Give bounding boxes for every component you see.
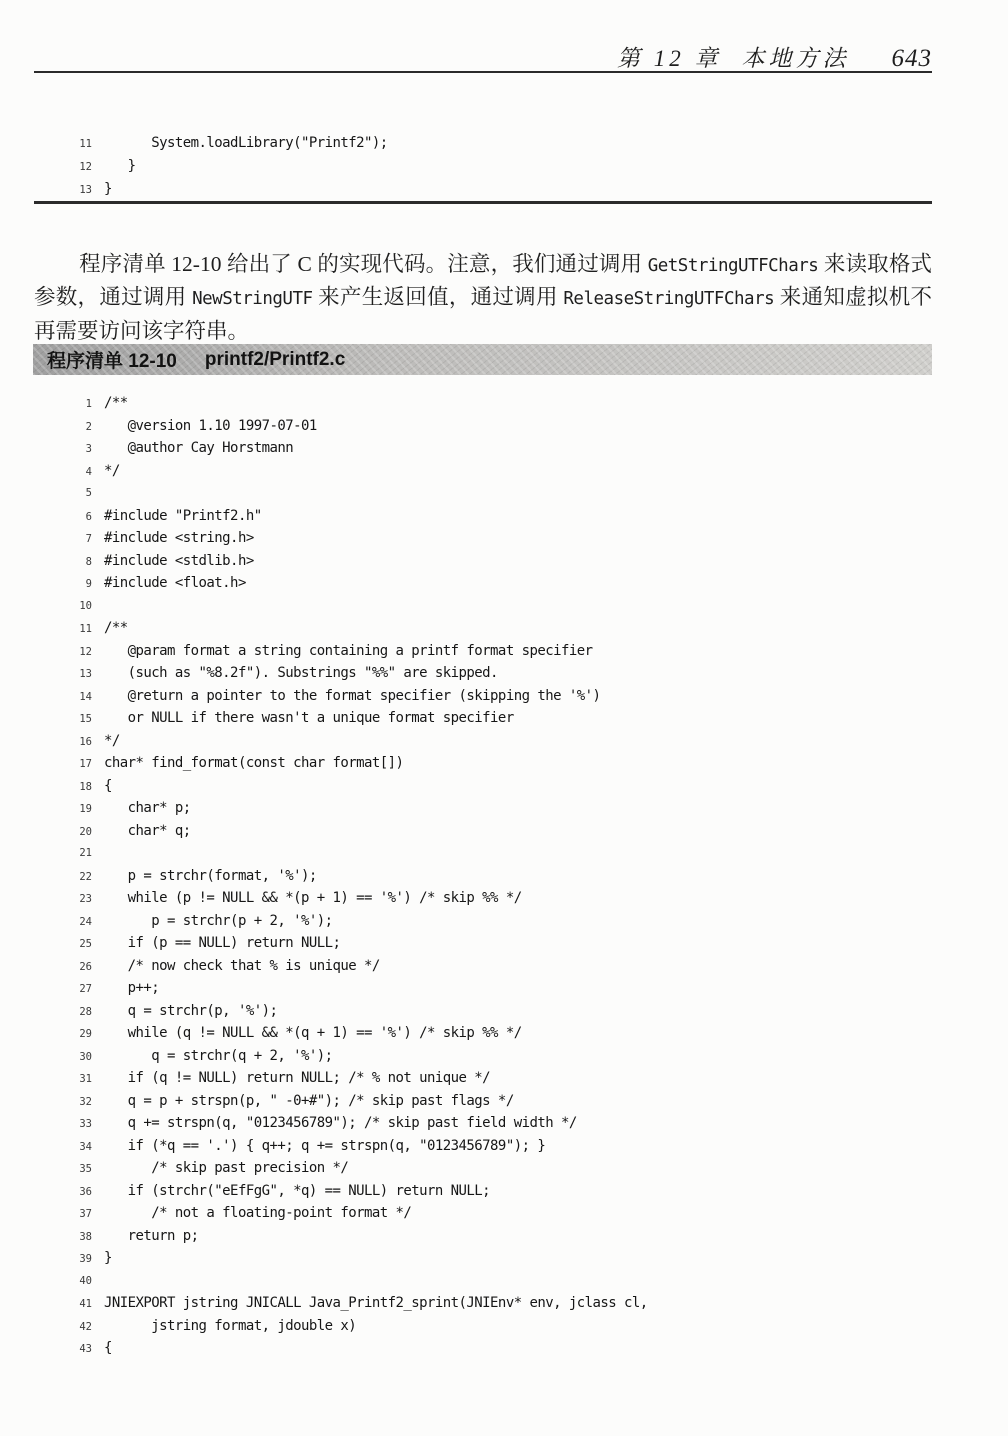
code-text: /* now check that % is unique */ — [104, 955, 380, 978]
code-line: 39} — [64, 1247, 648, 1270]
code-line: 36 if (strchr("eEfFgG", *q) == NULL) ret… — [64, 1180, 648, 1203]
code-text: if (q != NULL) return NULL; /* % not uni… — [104, 1067, 490, 1090]
code-text: p++; — [104, 977, 159, 1000]
code-line: 14 @return a pointer to the format speci… — [64, 685, 648, 708]
chapter-number: 第 12 章 — [617, 46, 722, 71]
book-page: 第 12 章本地方法643 11 System.loadLibrary("Pri… — [0, 0, 1008, 1436]
code-text: q = strchr(q + 2, '%'); — [104, 1045, 332, 1068]
line-number: 15 — [64, 708, 92, 731]
code-text: /* skip past precision */ — [104, 1157, 348, 1180]
code-line: 7#include <string.h> — [64, 527, 648, 550]
line-number: 5 — [64, 482, 92, 505]
line-number: 25 — [64, 933, 92, 956]
code-line: 13 (such as "%8.2f"). Substrings "%%" ar… — [64, 662, 648, 685]
code-line: 40 — [64, 1270, 648, 1293]
code-line: 28 q = strchr(p, '%'); — [64, 1000, 648, 1023]
code-text: { — [104, 775, 112, 798]
code-text: @return a pointer to the format specifie… — [104, 685, 600, 708]
code-text: */ — [104, 730, 120, 753]
code-text: while (q != NULL && *(q + 1) == '%') /* … — [104, 1022, 522, 1045]
code-text: q = strchr(p, '%'); — [104, 1000, 277, 1023]
code-text: } — [104, 1247, 112, 1270]
code-line: 26 /* now check that % is unique */ — [64, 955, 648, 978]
code-text: @author Cay Horstmann — [104, 437, 293, 460]
code-line: 43{ — [64, 1337, 648, 1360]
line-number: 38 — [64, 1226, 92, 1249]
line-number: 24 — [64, 911, 92, 934]
line-number: 14 — [64, 686, 92, 709]
code-text: #include <float.h> — [104, 572, 246, 595]
header-rule — [34, 71, 932, 73]
line-number: 37 — [64, 1203, 92, 1226]
code-text: or NULL if there wasn't a unique format … — [104, 707, 514, 730]
code-line: 13} — [64, 178, 388, 201]
line-number: 13 — [64, 663, 92, 686]
line-number: 11 — [64, 133, 92, 156]
page-header: 第 12 章本地方法643 — [617, 40, 932, 73]
line-number: 19 — [64, 798, 92, 821]
code-line: 17char* find_format(const char format[]) — [64, 752, 648, 775]
line-number: 27 — [64, 978, 92, 1001]
code-line: 2 @version 1.10 1997-07-01 — [64, 415, 648, 438]
line-number: 17 — [64, 753, 92, 776]
line-number: 13 — [64, 179, 92, 202]
paragraph-text: 来产生返回值，通过调用 — [313, 285, 564, 309]
code-text: while (p != NULL && *(p + 1) == '%') /* … — [104, 887, 522, 910]
code-line: 15 or NULL if there wasn't a unique form… — [64, 707, 648, 730]
code-line: 16*/ — [64, 730, 648, 753]
code-text: @version 1.10 1997-07-01 — [104, 415, 317, 438]
code-text: /** — [104, 392, 128, 415]
code-line: 23 while (p != NULL && *(p + 1) == '%') … — [64, 887, 648, 910]
line-number: 4 — [64, 461, 92, 484]
code-text: { — [104, 1337, 112, 1360]
api-name: GetStringUTFChars — [648, 256, 819, 276]
code-line: 33 q += strspn(q, "0123456789"); /* skip… — [64, 1112, 648, 1135]
code-text: char* find_format(const char format[]) — [104, 752, 403, 775]
java-code-continuation: 11 System.loadLibrary("Printf2");12 }13} — [64, 132, 388, 201]
line-number: 35 — [64, 1158, 92, 1181]
line-number: 11 — [64, 618, 92, 641]
code-line: 8#include <stdlib.h> — [64, 550, 648, 573]
code-line: 42 jstring format, jdouble x) — [64, 1315, 648, 1338]
code-line: 25 if (p == NULL) return NULL; — [64, 932, 648, 955]
code-text: JNIEXPORT jstring JNICALL Java_Printf2_s… — [104, 1292, 648, 1315]
section-divider — [34, 201, 932, 204]
code-line: 37 /* not a floating-point format */ — [64, 1202, 648, 1225]
code-text: #include <stdlib.h> — [104, 550, 254, 573]
line-number: 6 — [64, 506, 92, 529]
code-line: 30 q = strchr(q + 2, '%'); — [64, 1045, 648, 1068]
line-number: 43 — [64, 1338, 92, 1361]
code-line: 19 char* p; — [64, 797, 648, 820]
code-line: 4*/ — [64, 460, 648, 483]
line-number: 30 — [64, 1046, 92, 1069]
line-number: 18 — [64, 776, 92, 799]
line-number: 20 — [64, 821, 92, 844]
line-number: 33 — [64, 1113, 92, 1136]
line-number: 40 — [64, 1270, 92, 1293]
line-number: 29 — [64, 1023, 92, 1046]
line-number: 31 — [64, 1068, 92, 1091]
code-line: 29 while (q != NULL && *(q + 1) == '%') … — [64, 1022, 648, 1045]
line-number: 41 — [64, 1293, 92, 1316]
code-text: p = strchr(format, '%'); — [104, 865, 317, 888]
line-number: 1 — [64, 393, 92, 416]
body-paragraph: 程序清单 12-10 给出了 C 的实现代码。注意，我们通过调用 GetStri… — [34, 249, 932, 348]
code-text: q = p + strspn(p, " -0+#"); /* skip past… — [104, 1090, 514, 1113]
page-number: 643 — [892, 45, 933, 72]
code-text: } — [104, 178, 112, 201]
line-number: 32 — [64, 1091, 92, 1114]
code-line: 3 @author Cay Horstmann — [64, 437, 648, 460]
listing-label: 程序清单 12-10 — [47, 346, 177, 373]
code-text: /** — [104, 617, 128, 640]
code-text: #include <string.h> — [104, 527, 254, 550]
code-line: 38 return p; — [64, 1225, 648, 1248]
line-number: 8 — [64, 551, 92, 574]
code-text: (such as "%8.2f"). Substrings "%%" are s… — [104, 662, 498, 685]
code-text: return p; — [104, 1225, 199, 1248]
code-text: /* not a floating-point format */ — [104, 1202, 411, 1225]
code-text: #include "Printf2.h" — [104, 505, 262, 528]
code-text: @param format a string containing a prin… — [104, 640, 592, 663]
code-text: char* q; — [104, 820, 191, 843]
code-text: q += strspn(q, "0123456789"); /* skip pa… — [104, 1112, 577, 1135]
line-number: 39 — [64, 1248, 92, 1271]
line-number: 12 — [64, 641, 92, 664]
code-line: 5 — [64, 482, 648, 505]
code-line: 9#include <float.h> — [64, 572, 648, 595]
code-text: */ — [104, 460, 120, 483]
line-number: 7 — [64, 528, 92, 551]
line-number: 23 — [64, 888, 92, 911]
code-line: 22 p = strchr(format, '%'); — [64, 865, 648, 888]
listing-header: 程序清单 12-10 printf2/Printf2.c — [33, 344, 932, 375]
code-line: 20 char* q; — [64, 820, 648, 843]
code-line: 21 — [64, 842, 648, 865]
line-number: 3 — [64, 438, 92, 461]
line-number: 9 — [64, 573, 92, 596]
code-line: 32 q = p + strspn(p, " -0+#"); /* skip p… — [64, 1090, 648, 1113]
chapter-title: 本地方法 — [742, 46, 850, 71]
code-text: if (p == NULL) return NULL; — [104, 932, 340, 955]
code-line: 18{ — [64, 775, 648, 798]
code-line: 34 if (*q == '.') { q++; q += strspn(q, … — [64, 1135, 648, 1158]
code-line: 35 /* skip past precision */ — [64, 1157, 648, 1180]
code-text: jstring format, jdouble x) — [104, 1315, 356, 1338]
code-line: 27 p++; — [64, 977, 648, 1000]
code-line: 11/** — [64, 617, 648, 640]
line-number: 21 — [64, 842, 92, 865]
listing-filename: printf2/Printf2.c — [205, 349, 345, 371]
paragraph-text: 程序清单 12-10 给出了 C 的实现代码。注意，我们通过调用 — [79, 252, 648, 276]
line-number: 16 — [64, 731, 92, 754]
code-text: if (*q == '.') { q++; q += strspn(q, "01… — [104, 1135, 545, 1158]
line-number: 42 — [64, 1316, 92, 1339]
code-line: 10 — [64, 595, 648, 618]
code-line: 1/** — [64, 392, 648, 415]
code-text: p = strchr(p + 2, '%'); — [104, 910, 332, 933]
code-line: 41JNIEXPORT jstring JNICALL Java_Printf2… — [64, 1292, 648, 1315]
api-name: ReleaseStringUTFChars — [563, 289, 774, 309]
code-line: 6#include "Printf2.h" — [64, 505, 648, 528]
line-number: 10 — [64, 595, 92, 618]
code-line: 31 if (q != NULL) return NULL; /* % not … — [64, 1067, 648, 1090]
line-number: 22 — [64, 866, 92, 889]
code-text: System.loadLibrary("Printf2"); — [104, 132, 388, 155]
line-number: 36 — [64, 1181, 92, 1204]
code-text: if (strchr("eEfFgG", *q) == NULL) return… — [104, 1180, 490, 1203]
line-number: 28 — [64, 1001, 92, 1024]
c-code-listing: 1/**2 @version 1.10 1997-07-013 @author … — [64, 392, 648, 1360]
code-text: char* p; — [104, 797, 191, 820]
code-text: } — [104, 155, 136, 178]
line-number: 34 — [64, 1136, 92, 1159]
line-number: 2 — [64, 416, 92, 439]
code-line: 12 } — [64, 155, 388, 178]
line-number: 26 — [64, 956, 92, 979]
code-line: 12 @param format a string containing a p… — [64, 640, 648, 663]
code-line: 24 p = strchr(p + 2, '%'); — [64, 910, 648, 933]
line-number: 12 — [64, 156, 92, 179]
code-line: 11 System.loadLibrary("Printf2"); — [64, 132, 388, 155]
api-name: NewStringUTF — [192, 289, 312, 309]
